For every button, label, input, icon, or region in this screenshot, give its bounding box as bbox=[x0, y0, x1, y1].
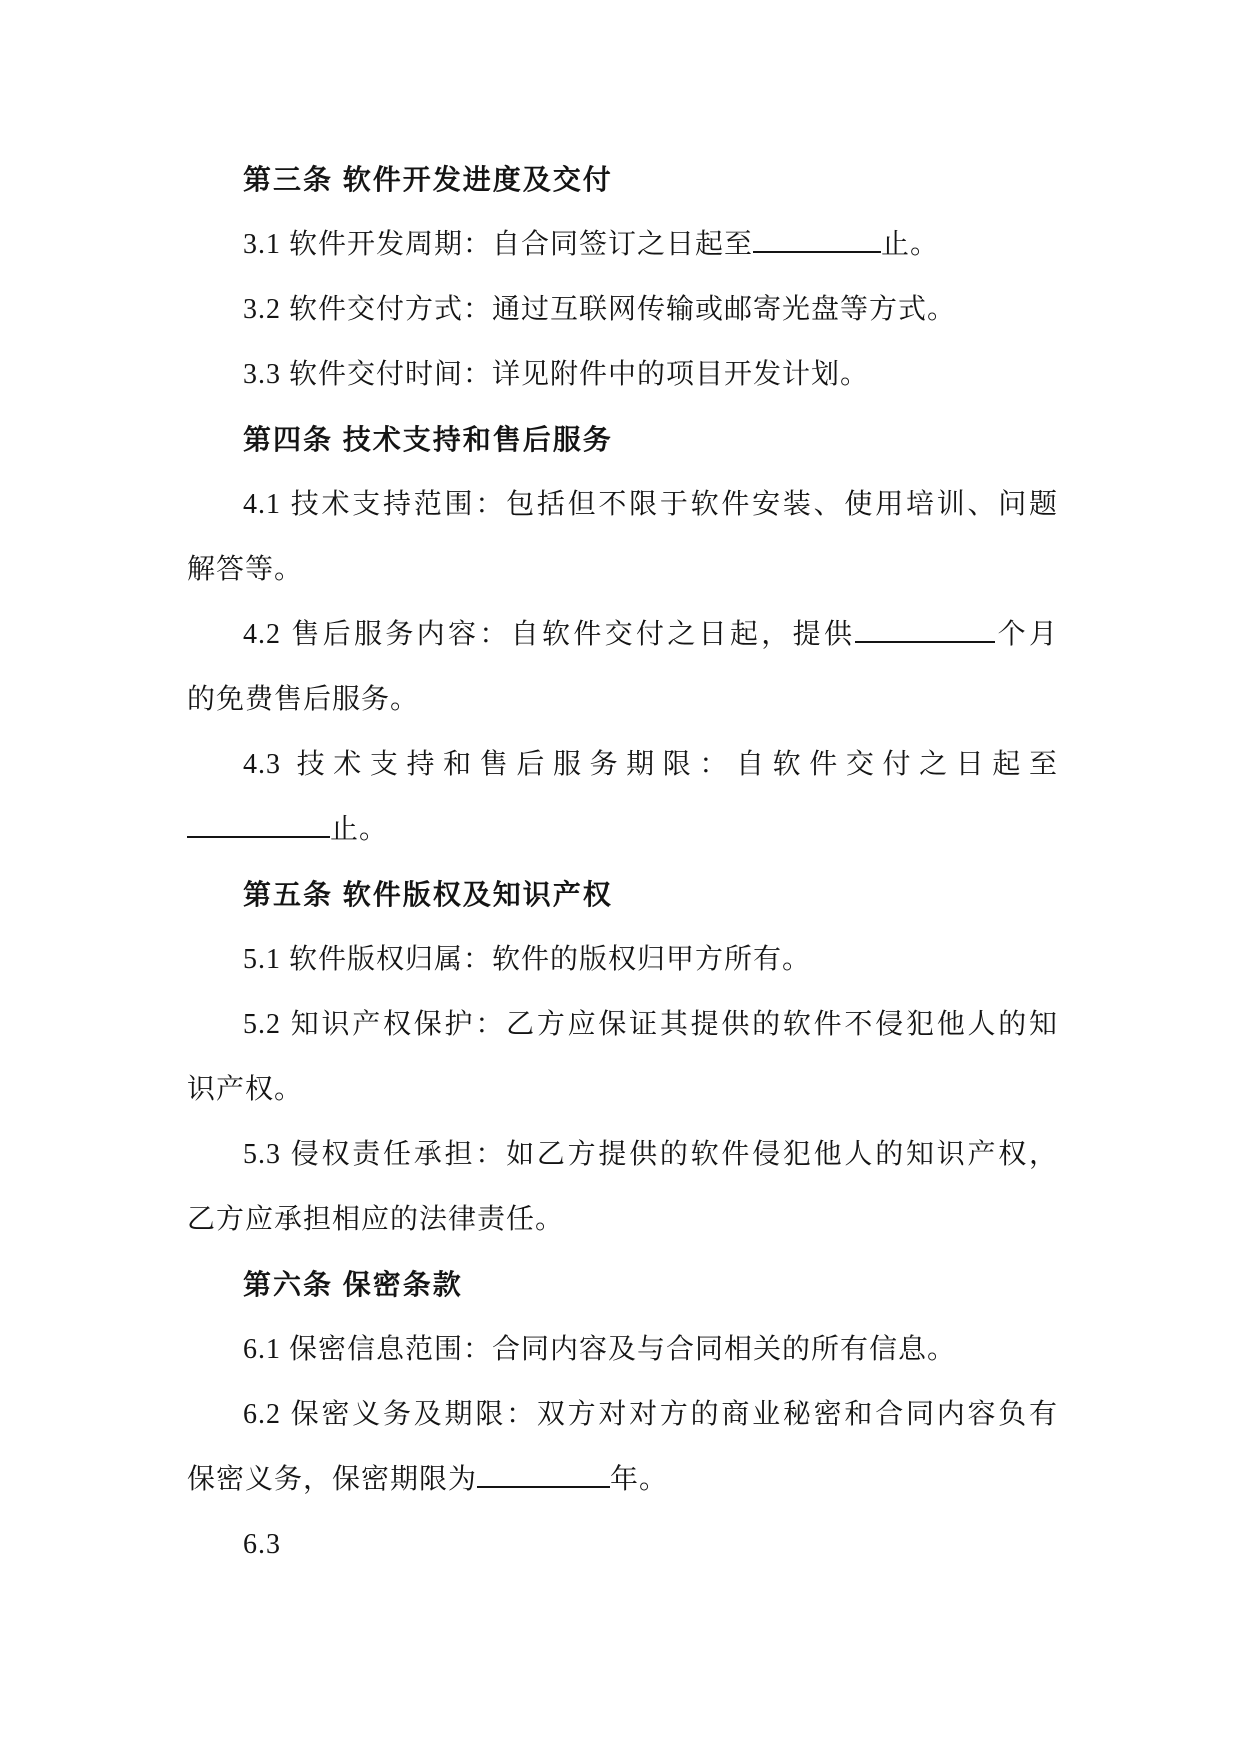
text-run: 4.1 技术支持范围：包括但不限于软件安装、使用培训、问题 bbox=[243, 489, 1058, 520]
clause-5-2-line-1: 5.2 知识产权保护：乙方应保证其提供的软件不侵犯他人的知 bbox=[187, 992, 1058, 1057]
clause-4-3-line-1: 4.3 技术支持和售后服务期限：自软件交付之日起至 bbox=[187, 732, 1058, 797]
text-run: 第六条 保密条款 bbox=[243, 1269, 463, 1300]
text-run: 3.1 软件开发周期：自合同签订之日起至 bbox=[243, 229, 753, 260]
text-run: 解答等。 bbox=[187, 554, 303, 585]
clause-4-2-line-1: 4.2 售后服务内容：自软件交付之日起，提供个月 bbox=[187, 602, 1058, 667]
text-run: 的免费售后服务。 bbox=[187, 684, 419, 715]
clause-3-2: 3.2 软件交付方式：通过互联网传输或邮寄光盘等方式。 bbox=[187, 277, 1058, 342]
clause-5-2-line-2: 识产权。 bbox=[187, 1057, 1058, 1122]
heading-article-3: 第三条 软件开发进度及交付 bbox=[187, 147, 1058, 212]
text-run: 3.2 软件交付方式：通过互联网传输或邮寄光盘等方式。 bbox=[243, 294, 956, 325]
text-run: 止。 bbox=[881, 229, 939, 260]
text-run: 5.1 软件版权归属：软件的版权归甲方所有。 bbox=[243, 944, 811, 975]
clause-6-2-line-1: 6.2 保密义务及期限：双方对对方的商业秘密和合同内容负有 bbox=[187, 1382, 1058, 1447]
heading-article-5: 第五条 软件版权及知识产权 bbox=[187, 862, 1058, 927]
clause-3-3: 3.3 软件交付时间：详见附件中的项目开发计划。 bbox=[187, 342, 1058, 407]
clause-6-1: 6.1 保密信息范围：合同内容及与合同相关的所有信息。 bbox=[187, 1317, 1058, 1382]
heading-article-6: 第六条 保密条款 bbox=[187, 1252, 1058, 1317]
clause-4-2-line-2: 的免费售后服务。 bbox=[187, 667, 1058, 732]
text-run: 第三条 软件开发进度及交付 bbox=[243, 164, 613, 195]
text-run: 个月 bbox=[995, 619, 1058, 650]
blank-underline bbox=[753, 222, 881, 253]
clause-4-3-line-2: 止。 bbox=[187, 797, 1058, 862]
clause-5-1: 5.1 软件版权归属：软件的版权归甲方所有。 bbox=[187, 927, 1058, 992]
text-run: 4.3 技术支持和售后服务期限：自软件交付之日起至 bbox=[243, 749, 1058, 780]
text-run: 6.2 保密义务及期限：双方对对方的商业秘密和合同内容负有 bbox=[243, 1399, 1058, 1430]
text-run: 年。 bbox=[610, 1464, 668, 1495]
text-run: 5.3 侵权责任承担：如乙方提供的软件侵犯他人的知识产权， bbox=[243, 1139, 1058, 1170]
text-run: 保密义务，保密期限为 bbox=[187, 1464, 477, 1495]
text-run: 6.1 保密信息范围：合同内容及与合同相关的所有信息。 bbox=[243, 1334, 956, 1365]
clause-5-3-line-2: 乙方应承担相应的法律责任。 bbox=[187, 1187, 1058, 1252]
text-run: 乙方应承担相应的法律责任。 bbox=[187, 1204, 564, 1235]
text-run: 第四条 技术支持和售后服务 bbox=[243, 424, 613, 455]
blank-underline bbox=[855, 612, 995, 643]
clause-4-1-line-2: 解答等。 bbox=[187, 537, 1058, 602]
text-run: 止。 bbox=[330, 814, 388, 845]
clause-4-1-line-1: 4.1 技术支持范围：包括但不限于软件安装、使用培训、问题 bbox=[187, 472, 1058, 537]
contract-page: 第三条 软件开发进度及交付3.1 软件开发周期：自合同签订之日起至止。3.2 软… bbox=[0, 0, 1240, 1753]
clause-5-3-line-1: 5.3 侵权责任承担：如乙方提供的软件侵犯他人的知识产权， bbox=[187, 1122, 1058, 1187]
clause-6-2-line-2: 保密义务，保密期限为年。 bbox=[187, 1447, 1058, 1512]
blank-underline bbox=[477, 1457, 610, 1488]
text-run: 3.3 软件交付时间：详见附件中的项目开发计划。 bbox=[243, 359, 869, 390]
document-body: 第三条 软件开发进度及交付3.1 软件开发周期：自合同签订之日起至止。3.2 软… bbox=[187, 147, 1058, 1577]
text-run: 6.3 bbox=[243, 1529, 281, 1560]
heading-article-4: 第四条 技术支持和售后服务 bbox=[187, 407, 1058, 472]
text-run: 识产权。 bbox=[187, 1074, 303, 1105]
text-run: 4.2 售后服务内容：自软件交付之日起，提供 bbox=[243, 619, 855, 650]
blank-underline bbox=[187, 807, 330, 838]
clause-6-3: 6.3 bbox=[187, 1512, 1058, 1577]
clause-3-1: 3.1 软件开发周期：自合同签订之日起至止。 bbox=[187, 212, 1058, 277]
text-run: 第五条 软件版权及知识产权 bbox=[243, 879, 613, 910]
text-run: 5.2 知识产权保护：乙方应保证其提供的软件不侵犯他人的知 bbox=[243, 1009, 1058, 1040]
